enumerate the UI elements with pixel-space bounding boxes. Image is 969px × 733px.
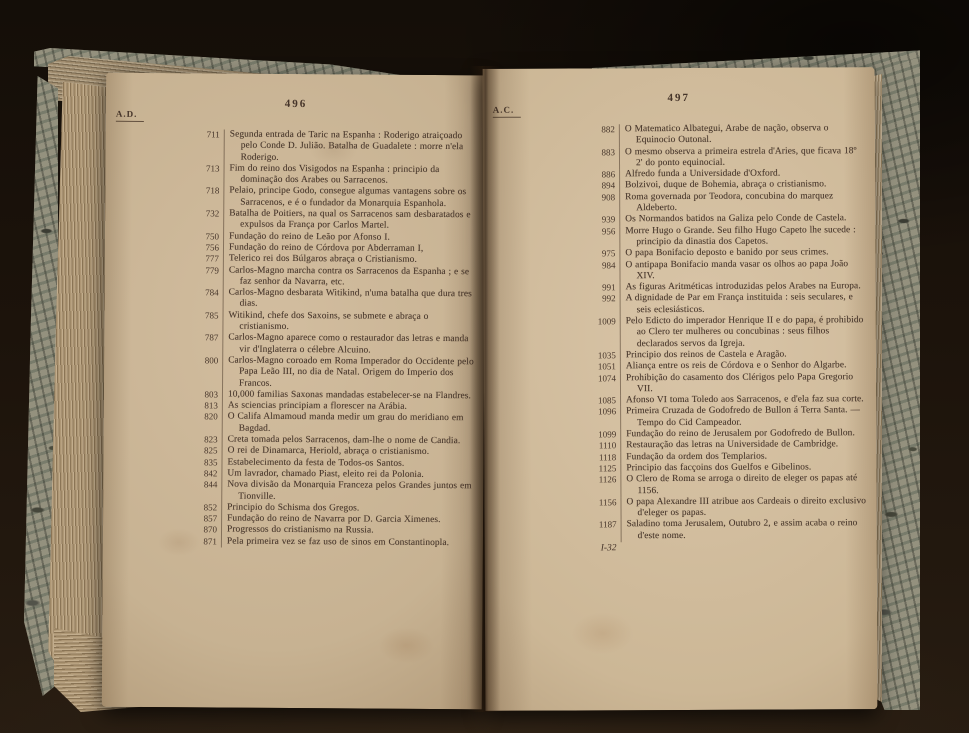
entry-year: 803 bbox=[184, 389, 222, 401]
entry-year: 800 bbox=[184, 355, 222, 389]
page-number-left: 496 bbox=[106, 97, 486, 112]
entry-year: 1187 bbox=[577, 520, 621, 543]
entry-text: Prohibição do casamento dos Clérigos pel… bbox=[620, 372, 866, 396]
page-number-right: 497 bbox=[483, 91, 875, 105]
entry-year: 835 bbox=[183, 457, 221, 469]
chronology-entry: 1096 Primeira Cruzada de Godofredo de Bu… bbox=[576, 406, 866, 430]
chronology-entry: 787 Carlos-Magno aparece como o restaura… bbox=[184, 333, 476, 358]
entry-text: A dignidade de Par em França instituida … bbox=[620, 293, 866, 317]
entry-text: Pela primeira vez se faz uso de sinos em… bbox=[221, 536, 475, 549]
entry-year: 1156 bbox=[576, 497, 620, 520]
entry-year: 886 bbox=[575, 169, 619, 180]
chronology-entry: 711 Segunda entrada de Taric na Espanha … bbox=[186, 129, 478, 165]
entry-year: 870 bbox=[183, 525, 221, 537]
entry-year: 883 bbox=[575, 147, 619, 170]
chronology-entry: 984 O antipapa Bonifacio manda vasar os … bbox=[575, 259, 865, 283]
chronology-entry: 1074 Prohibição do casamento dos Clérigo… bbox=[576, 372, 866, 396]
entry-year: 844 bbox=[183, 479, 221, 502]
entry-year: 1074 bbox=[576, 373, 620, 396]
era-label-right: A.C. bbox=[493, 105, 521, 118]
entry-year: 1125 bbox=[576, 463, 620, 474]
chronology-entry: 956 Morre Hugo o Grande. Seu filho Hugo … bbox=[575, 225, 865, 249]
entry-text: Fim do reino dos Visigodos na Espanha : … bbox=[223, 163, 477, 187]
chronology-table-right: 882 O Matematico Albategui, Arabe de naç… bbox=[575, 123, 867, 553]
entry-year: 777 bbox=[185, 254, 223, 266]
chronology-entry: 779 Carlos-Magno marcha contra os Sarrac… bbox=[185, 265, 477, 290]
entry-year: 1110 bbox=[576, 441, 620, 452]
entry-year: 813 bbox=[184, 400, 222, 412]
entry-year: 842 bbox=[183, 468, 221, 480]
entry-text: O Clero de Roma se arroga o direito de e… bbox=[620, 473, 866, 497]
entry-year: 750 bbox=[185, 231, 223, 243]
chronology-entry: 1187 Saladino toma Jerusalem, Outubro 2,… bbox=[577, 519, 867, 543]
entry-year: 1126 bbox=[576, 474, 620, 497]
chronology-table-left: 711 Segunda entrada de Taric na Espanha … bbox=[183, 129, 478, 549]
entry-text: Batalha de Poitiers, na qual os Sarracen… bbox=[223, 209, 477, 233]
right-page: 497 A.C. 882 O Matematico Albategui, Ara… bbox=[483, 67, 878, 711]
entry-text: Pelo Edicto do imperador Henrique II e d… bbox=[620, 315, 866, 350]
entry-year: 1085 bbox=[576, 395, 620, 406]
entry-text: Segunda entrada de Taric na Espanha : Ro… bbox=[224, 130, 478, 166]
entry-year: 894 bbox=[575, 181, 619, 192]
chronology-entry: 713 Fim do reino dos Visigodos na Espanh… bbox=[185, 163, 477, 188]
entry-year: 992 bbox=[576, 294, 620, 317]
entry-year: 908 bbox=[575, 192, 619, 215]
chronology-entry: 844 Nova divisão da Monarquia Franceza p… bbox=[183, 479, 475, 504]
entry-text: Carlos-Magno desbarata Witikind, n'uma b… bbox=[223, 288, 477, 312]
entry-year: 939 bbox=[575, 215, 619, 226]
left-page: 496 A.D. 711 Segunda entrada de Taric na… bbox=[102, 73, 486, 710]
entry-year: 718 bbox=[185, 186, 223, 209]
entry-year: 779 bbox=[185, 265, 223, 288]
entry-text: Carlos-Magno aparece como o restaurador … bbox=[222, 333, 476, 357]
entry-text: O antipapa Bonifacio manda vasar os olho… bbox=[619, 259, 865, 283]
entry-text: Nova divisão da Monarquia Franceza pelos… bbox=[221, 480, 475, 504]
entry-year: 820 bbox=[184, 412, 222, 435]
chronology-entry: 820 O Califa Almamoud manda medir um gra… bbox=[184, 412, 476, 437]
entry-text: Morre Hugo o Grande. Seu filho Hugo Cape… bbox=[619, 225, 865, 249]
entry-year: 1035 bbox=[576, 350, 620, 361]
entry-year: 787 bbox=[184, 333, 222, 356]
chronology-entry: 992 A dignidade de Par em França institu… bbox=[576, 293, 866, 317]
chronology-entry: 908 Roma governada por Teodora, concubin… bbox=[575, 191, 865, 215]
entry-text: Carlos-Magno marcha contra os Sarracenos… bbox=[223, 265, 477, 289]
entry-text: Primeira Cruzada de Godofredo de Bullon … bbox=[620, 406, 866, 430]
chronology-entry: 718 Pelaio, principe Godo, consegue algu… bbox=[185, 186, 477, 211]
entry-year: 1118 bbox=[576, 452, 620, 463]
entry-year: 1099 bbox=[576, 429, 620, 440]
entry-year: 785 bbox=[184, 310, 222, 333]
chronology-entry: 882 O Matematico Albategui, Arabe de naç… bbox=[575, 123, 865, 147]
chronology-entry: 1156 O papa Alexandre III atribue aos Ca… bbox=[576, 496, 866, 520]
chronology-entry: 883 O mesmo observa a primeira estrela d… bbox=[575, 146, 865, 170]
entry-text: Saladino toma Jerusalem, Outubro 2, e as… bbox=[621, 519, 867, 543]
entry-text: O Matematico Albategui, Arabe de nação, … bbox=[619, 123, 865, 147]
entry-text: Carlos-Magno coroado em Roma Imperador d… bbox=[222, 355, 476, 391]
entry-year: 1051 bbox=[576, 361, 620, 372]
chronology-entry: 784 Carlos-Magno desbarata Witikind, n'u… bbox=[185, 287, 477, 312]
entry-text: O papa Alexandre III atribue aos Cardeai… bbox=[620, 496, 866, 520]
entry-year: 713 bbox=[185, 163, 223, 186]
entry-year: 975 bbox=[575, 249, 619, 260]
entry-year: 756 bbox=[185, 242, 223, 254]
chronology-entry: 1126 O Clero de Roma se arroga o direito… bbox=[576, 473, 866, 497]
signature-mark: I-32 bbox=[601, 542, 867, 553]
entry-text: Pelaio, principe Godo, consegue algumas … bbox=[223, 186, 477, 210]
entry-year: 857 bbox=[183, 513, 221, 525]
entry-year: 732 bbox=[185, 208, 223, 231]
chronology-entry: 785 Witikind, chefe dos Saxoins, se subm… bbox=[184, 310, 476, 335]
entry-year: 1009 bbox=[576, 316, 620, 350]
entry-year: 825 bbox=[184, 446, 222, 458]
chronology-entry: 871 Pela primeira vez se faz uso de sino… bbox=[183, 536, 475, 549]
entry-text: O mesmo observa a primeira estrela d'Ari… bbox=[619, 146, 865, 170]
entry-text: Witikind, chefe dos Saxoins, se submete … bbox=[222, 310, 476, 334]
book-photo: 496 A.D. 711 Segunda entrada de Taric na… bbox=[0, 0, 969, 733]
entry-year: 984 bbox=[575, 260, 619, 283]
entry-year: 956 bbox=[575, 226, 619, 249]
entry-year: 1096 bbox=[576, 407, 620, 430]
chronology-entry: 732 Batalha de Poitiers, na qual os Sarr… bbox=[185, 208, 477, 233]
entry-year: 823 bbox=[184, 434, 222, 446]
entry-year: 871 bbox=[183, 536, 221, 548]
entry-text: O Califa Almamoud manda medir um grau do… bbox=[222, 412, 476, 436]
era-label-left: A.D. bbox=[116, 109, 144, 122]
chronology-entry: 1009 Pelo Edicto do imperador Henrique I… bbox=[576, 315, 866, 350]
entry-year: 991 bbox=[576, 282, 620, 293]
entry-year: 711 bbox=[186, 129, 224, 163]
chronology-entry: 800 Carlos-Magno coroado em Roma Imperad… bbox=[184, 355, 476, 391]
entry-year: 882 bbox=[575, 124, 619, 147]
entry-year: 784 bbox=[185, 287, 223, 310]
entry-text: Roma governada por Teodora, concubina do… bbox=[619, 191, 865, 215]
entry-year: 852 bbox=[183, 502, 221, 514]
